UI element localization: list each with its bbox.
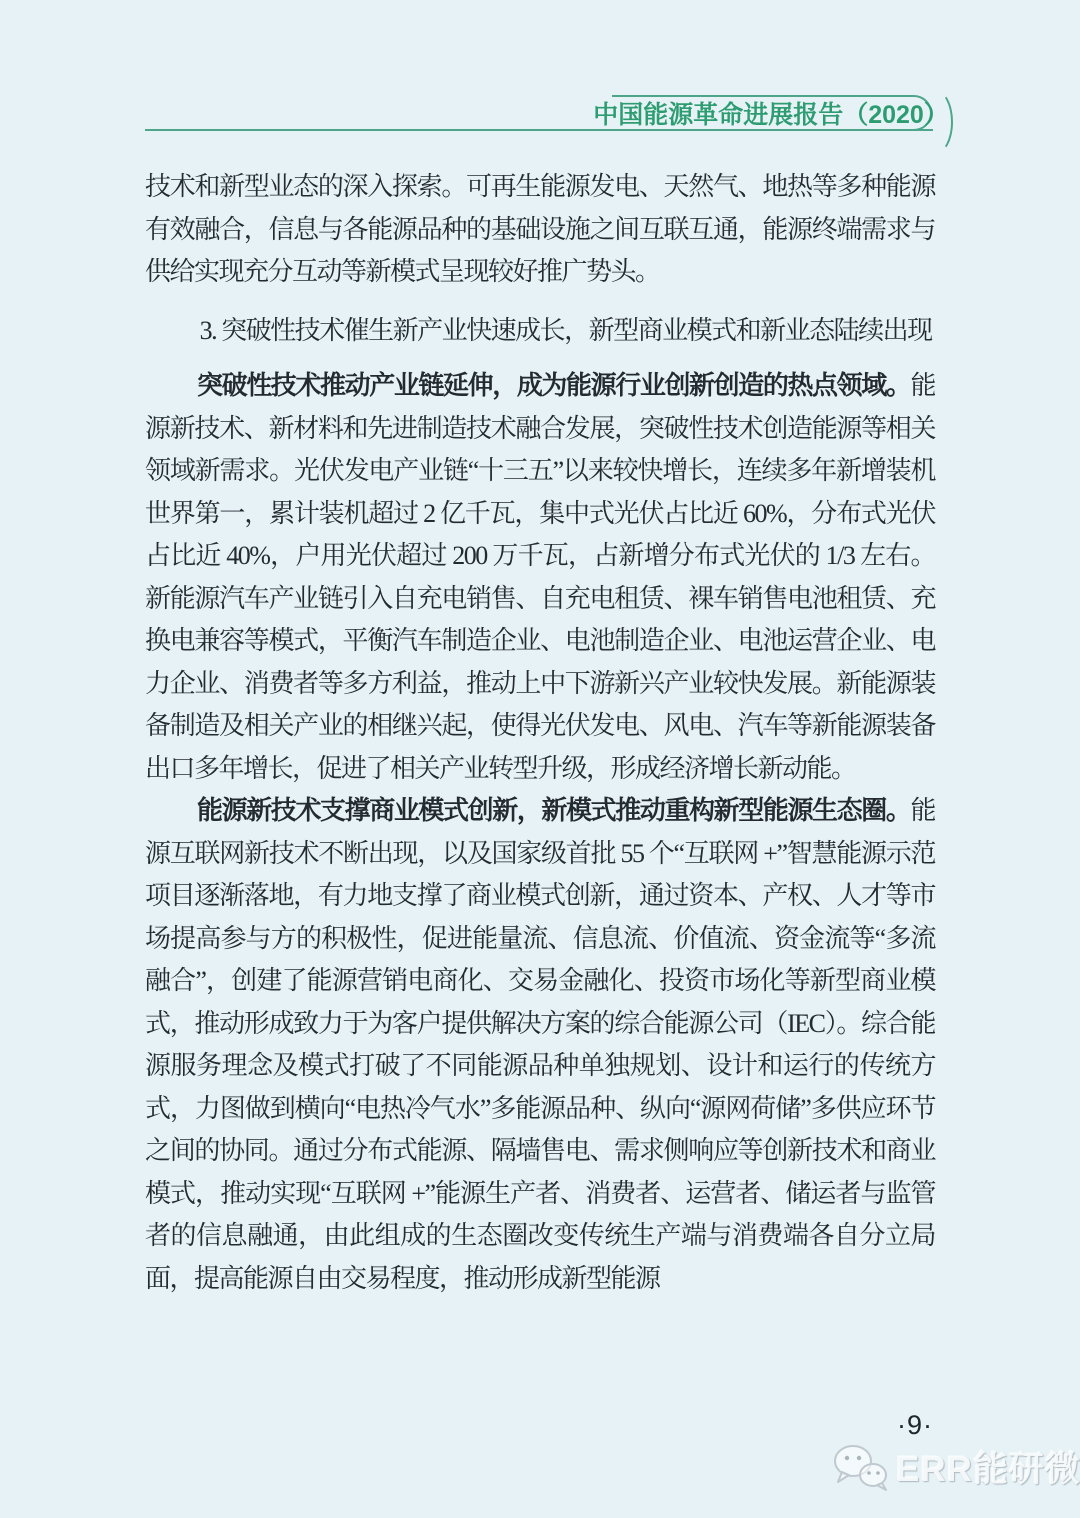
paragraph-business-model: 能源新技术支撑商业模式创新，新模式推动重构新型能源生态圈。能源互联网新技术不断出…	[145, 790, 935, 1300]
watermark-text: ERR能研微讯	[896, 1442, 1080, 1492]
wechat-icon	[832, 1442, 888, 1492]
paragraph-body-text: 能源互联网新技术不断出现，以及国家级首批 55 个“互联网 +”智慧能源示范项目…	[145, 796, 935, 1293]
section-heading: 3. 突破性技术催生新产业快速成长，新型商业模式和新业态陆续出现	[145, 310, 935, 353]
document-page: 中国能源革命进展报告（2020） 技术和新型业态的深入探索。可再生能源发电、天然…	[0, 0, 1080, 1518]
page-number: ·9·	[897, 1410, 933, 1441]
paragraph-body-text: 能源新技术、新材料和先进制造技术融合发展，突破性技术创造能源等相关领域新需求。光…	[145, 371, 935, 783]
paragraph-lead-bold: 能源新技术支撑商业模式创新，新模式推动重构新型能源生态圈。	[197, 796, 910, 825]
header-decorative-arc	[919, 90, 953, 154]
header-title-frame: 中国能源革命进展报告（2020）	[612, 95, 932, 131]
paragraph-breakthrough-tech: 突破性技术推动产业链延伸，成为能源行业创新创造的热点领域。能源新技术、新材料和先…	[145, 365, 935, 790]
report-title: 中国能源革命进展报告（2020）	[593, 95, 949, 131]
paragraph-lead-bold: 突破性技术推动产业链延伸，成为能源行业创新创造的热点领域。	[197, 371, 910, 400]
watermark: ERR能研微讯	[832, 1442, 1080, 1492]
document-body: 技术和新型业态的深入探索。可再生能源发电、天然气、地热等多种能源有效融合，信息与…	[145, 166, 935, 1300]
paragraph-continued: 技术和新型业态的深入探索。可再生能源发电、天然气、地热等多种能源有效融合，信息与…	[145, 166, 935, 294]
